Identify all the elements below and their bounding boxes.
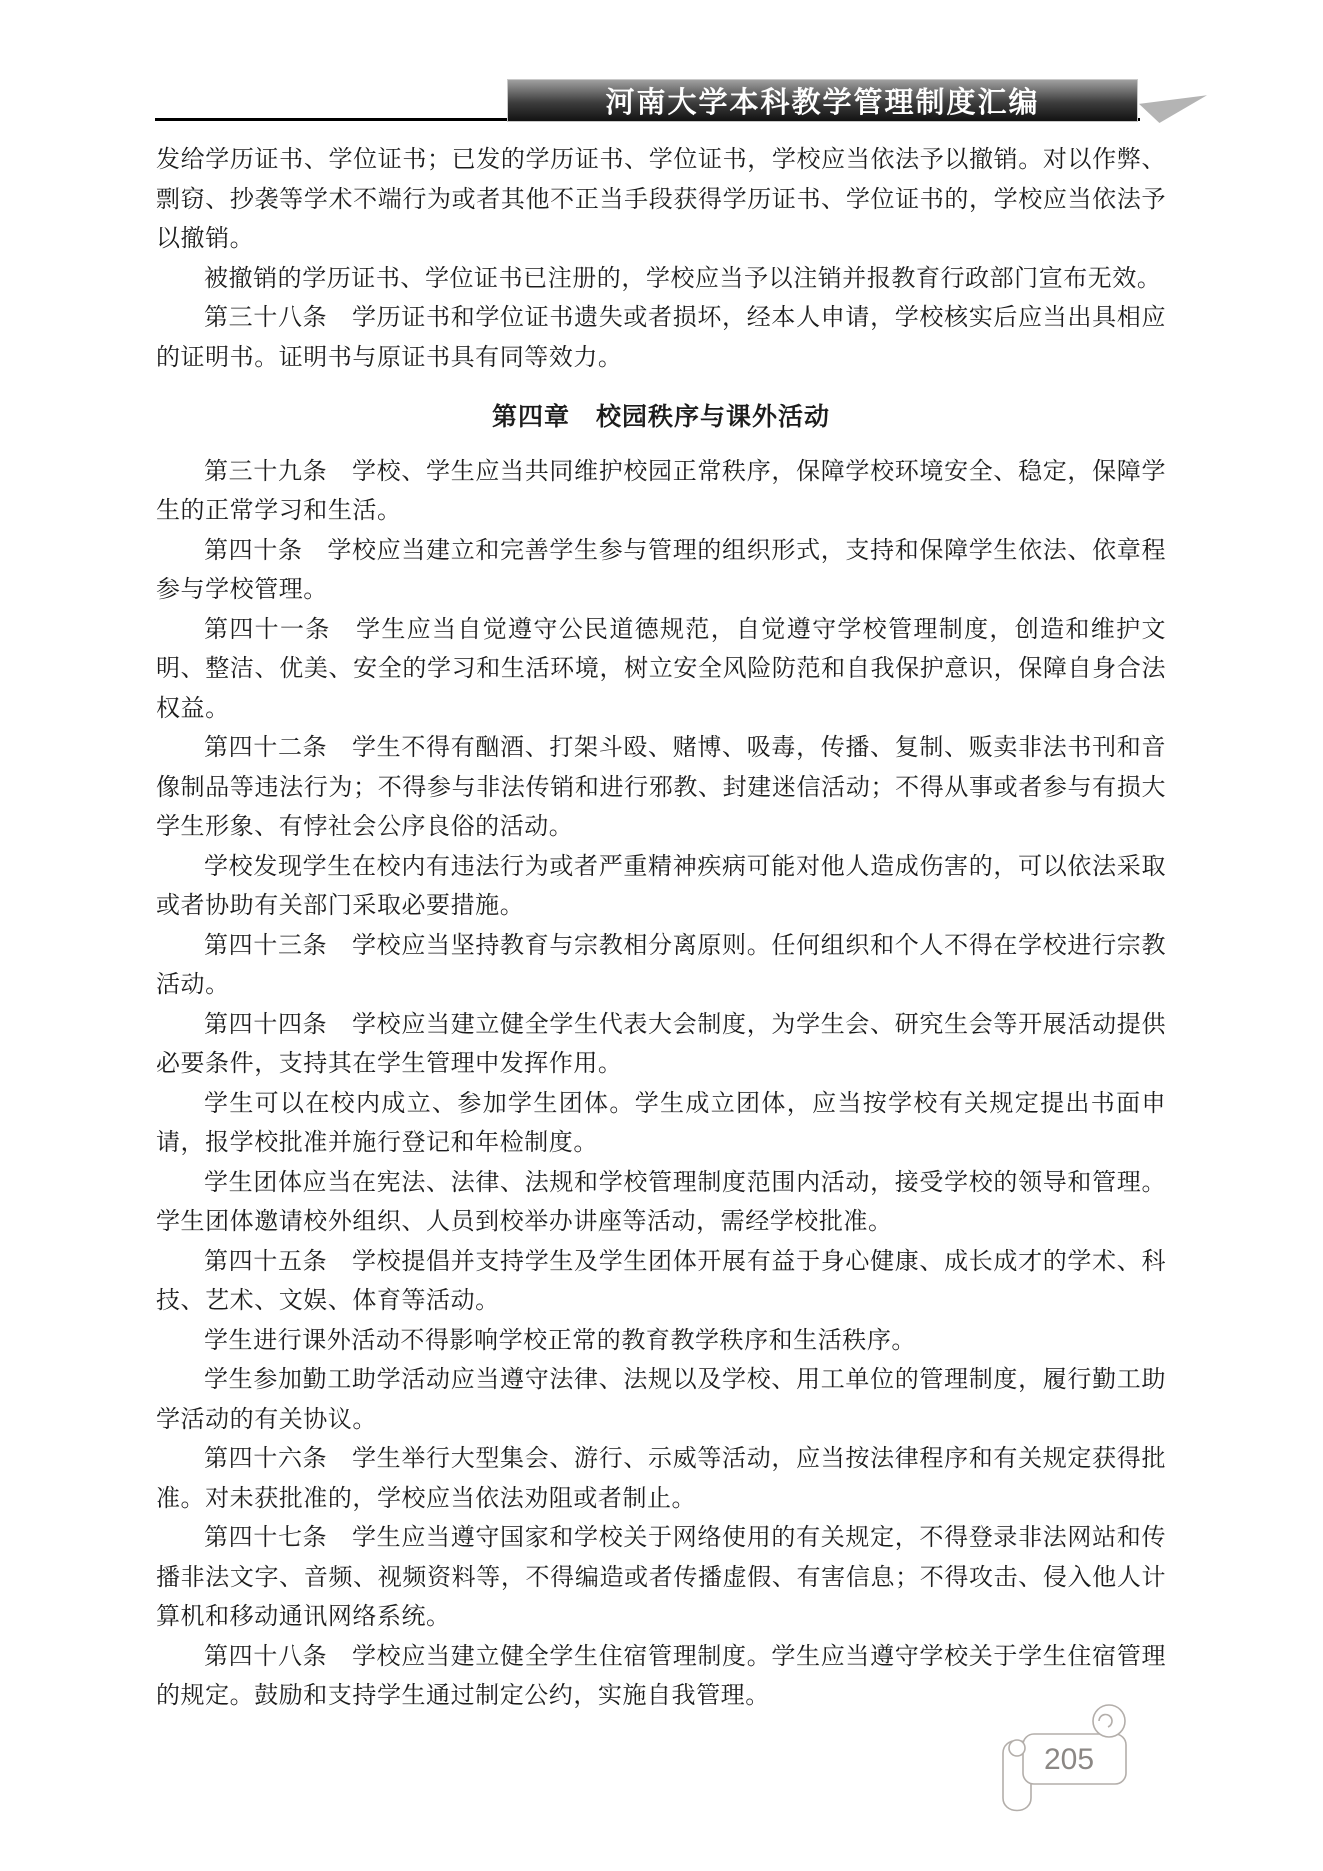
paragraph: 发给学历证书、学位证书；已发的学历证书、学位证书，学校应当依法予以撤销。对以作弊… [156, 141, 1166, 260]
paragraph: 第四十三条 学校应当坚持教育与宗教相分离原则。任何组织和个人不得在学校进行宗教活… [156, 927, 1166, 1006]
document-page: 河南大学本科教学管理制度汇编 发给学历证书、学位证书；已发的学历证书、学位证书，… [0, 0, 1323, 1871]
paragraph: 被撤销的学历证书、学位证书已注册的，学校应当予以注销并报教育行政部门宣布无效。 [156, 260, 1166, 300]
paragraph: 第四十一条 学生应当自觉遵守公民道德规范，自觉遵守学校管理制度，创造和维护文明、… [156, 611, 1166, 730]
paragraph: 第四十条 学校应当建立和完善学生参与管理的组织形式，支持和保障学生依法、依章程参… [156, 532, 1166, 611]
paragraph: 学校发现学生在校内有违法行为或者严重精神疾病可能对他人造成伤害的，可以依法采取或… [156, 848, 1166, 927]
paragraph: 第三十九条 学校、学生应当共同维护校园正常秩序，保障学校环境安全、稳定，保障学生… [156, 453, 1166, 532]
paragraph: 第四十二条 学生不得有酗酒、打架斗殴、赌博、吸毒，传播、复制、贩卖非法书刊和音像… [156, 729, 1166, 848]
header-band: 河南大学本科教学管理制度汇编 [507, 79, 1138, 122]
header-title: 河南大学本科教学管理制度汇编 [605, 80, 1039, 121]
header-arrow-decoration [1139, 90, 1207, 123]
chapter-heading: 第四章 校园秩序与课外活动 [156, 398, 1166, 438]
paragraph: 第四十七条 学生应当遵守国家和学校关于网络使用的有关规定，不得登录非法网站和传播… [156, 1519, 1166, 1638]
paragraph: 第三十八条 学历证书和学位证书遗失或者损坏，经本人申请，学校核实后应当出具相应的… [156, 299, 1166, 378]
page-number-scroll: 205 [995, 1698, 1140, 1816]
document-body: 发给学历证书、学位证书；已发的学历证书、学位证书，学校应当依法予以撤销。对以作弊… [156, 141, 1166, 1717]
paragraph: 第四十四条 学校应当建立健全学生代表大会制度，为学生会、研究生会等开展活动提供必… [156, 1006, 1166, 1085]
paragraph: 第四十六条 学生举行大型集会、游行、示威等活动，应当按法律程序和有关规定获得批准… [156, 1440, 1166, 1519]
paragraph: 学生进行课外活动不得影响学校正常的教育教学秩序和生活秩序。 [156, 1322, 1166, 1362]
paragraph: 学生可以在校内成立、参加学生团体。学生成立团体，应当按学校有关规定提出书面申请，… [156, 1085, 1166, 1164]
paragraph: 学生团体应当在宪法、法律、法规和学校管理制度范围内活动，接受学校的领导和管理。学… [156, 1164, 1166, 1243]
scroll-banner-icon: 205 [995, 1698, 1140, 1816]
paragraph: 第四十五条 学校提倡并支持学生及学生团体开展有益于身心健康、成长成才的学术、科技… [156, 1243, 1166, 1322]
page-number: 205 [1044, 1743, 1094, 1776]
paragraph: 学生参加勤工助学活动应当遵守法律、法规以及学校、用工单位的管理制度，履行勤工助学… [156, 1361, 1166, 1440]
